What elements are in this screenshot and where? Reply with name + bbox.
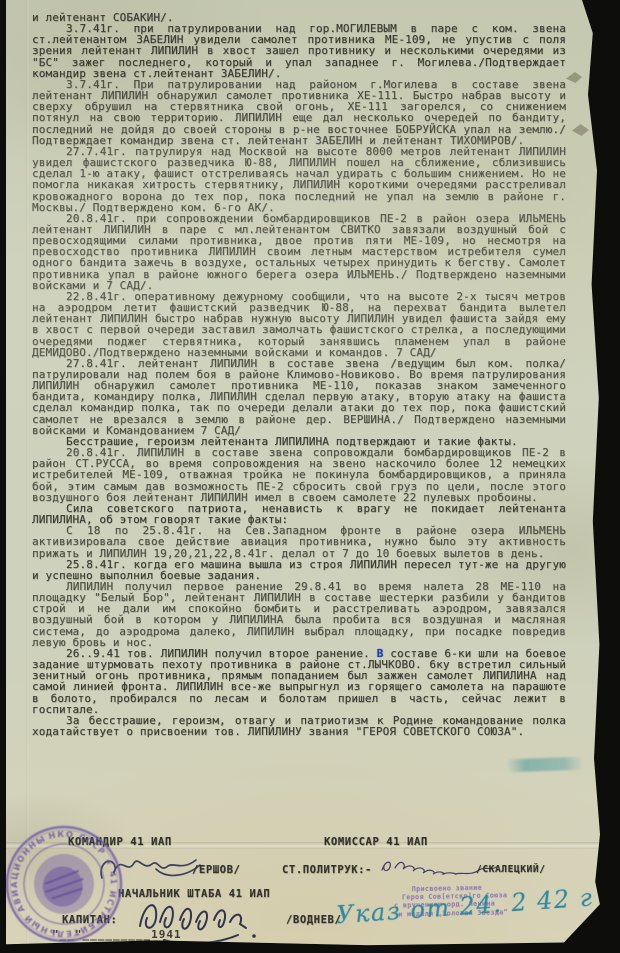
paper-sheet: и лейтенант СОБАКИН/. 3.7.41г. при патру… [6, 0, 606, 948]
paragraph-10: Сила советского патриота, ненависть к вр… [32, 503, 566, 525]
teal-pencil-smudge [506, 757, 584, 773]
scanned-document-page: и лейтенант СОБАКИН/. 3.7.41г. при патру… [0, 0, 620, 953]
paragraph-12: 25.8.41г. когда его машина вышла из стро… [32, 559, 566, 581]
paragraph-09: 20.8.41г. ЛИПИЛИН в составе звена сопров… [32, 447, 566, 503]
p14-text-after: составе 6-ки шли на боевое задание штурм… [32, 647, 566, 716]
margin-pencil-mark [566, 72, 582, 83]
commissar-rank: СТ.ПОЛИТРУК:- [282, 864, 372, 876]
paragraph-11: С 18 по 25.8.41г. на Сев.Западном фронте… [32, 525, 566, 558]
margin-pencil-mark [572, 124, 589, 136]
paragraph-05: 20.8.41г. при сопровождении бомбардировщ… [32, 213, 566, 291]
paragraph-14: 26..9.41 тов. ЛИПИЛИН получил второе ран… [32, 648, 566, 715]
paragraph-06: 22.8.41г. оперативному дежурному сообщил… [32, 291, 566, 358]
paragraph-15: За бесстрашие, героизм, отвагу и патриот… [32, 715, 566, 737]
typed-text-body: и лейтенант СОБАКИН/. 3.7.41г. при патру… [32, 12, 566, 846]
paragraph-03: 3.7.41г. При патрулировании над районом … [32, 79, 566, 146]
chief-name: /ВОДНЕВ/ [286, 914, 341, 926]
paragraph-07: 27.8.41г. лейтенант ЛИПИЛИН в составе зв… [32, 358, 566, 436]
paragraph-02: 3.7.41г. при патрулировании над гор.МОГИ… [32, 23, 566, 79]
commissar-title: КОМИССАР 41 ИАП [324, 836, 428, 848]
paragraph-13: ЛИПИЛИН получил первое ранение 29.8.41 в… [32, 581, 566, 648]
commander-name: /ЕРШОВ/ [192, 864, 240, 876]
round-unit-stamp: НКО СССР ★ 41 ИСТРЕБИТЕЛЬНЫЙ АВИАЦИОННЫЙ… [0, 816, 132, 952]
commissar-name: /СКАЛЕЦКИЙ/ [476, 864, 546, 875]
paragraph-04: 27.7.41г. патрулируя над Москвой на высо… [32, 146, 566, 213]
paper-crease-vertical [26, 0, 30, 948]
